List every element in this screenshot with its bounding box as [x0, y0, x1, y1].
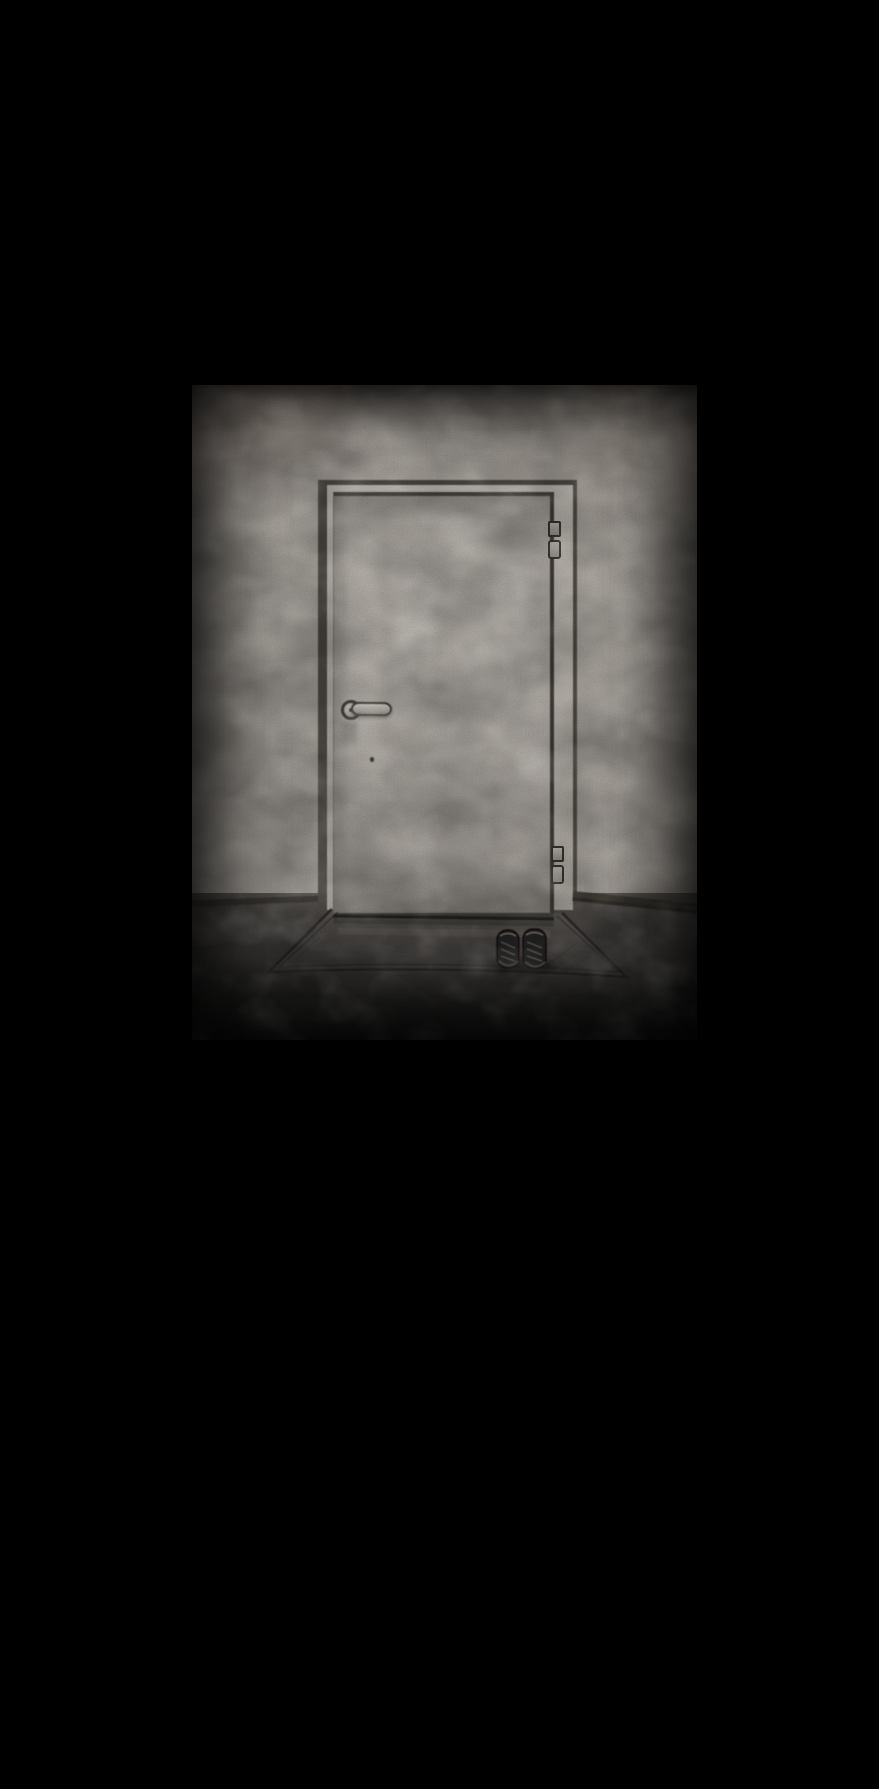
- scene-illustration: [192, 385, 697, 1040]
- hinge-knuckle: [548, 521, 561, 537]
- letterbox-background: [0, 0, 879, 1789]
- door-hinge-bottom: [549, 846, 568, 889]
- door-hinge-top: [546, 521, 565, 561]
- hinge-knuckle: [548, 540, 561, 559]
- door-handle[interactable]: [351, 702, 392, 717]
- hinge-knuckle: [551, 846, 564, 862]
- hinge-knuckle: [551, 865, 564, 884]
- door-frame: [318, 480, 577, 910]
- door[interactable]: [333, 492, 554, 918]
- keyhole: [370, 757, 374, 762]
- handle-shading-smudge: [342, 722, 357, 750]
